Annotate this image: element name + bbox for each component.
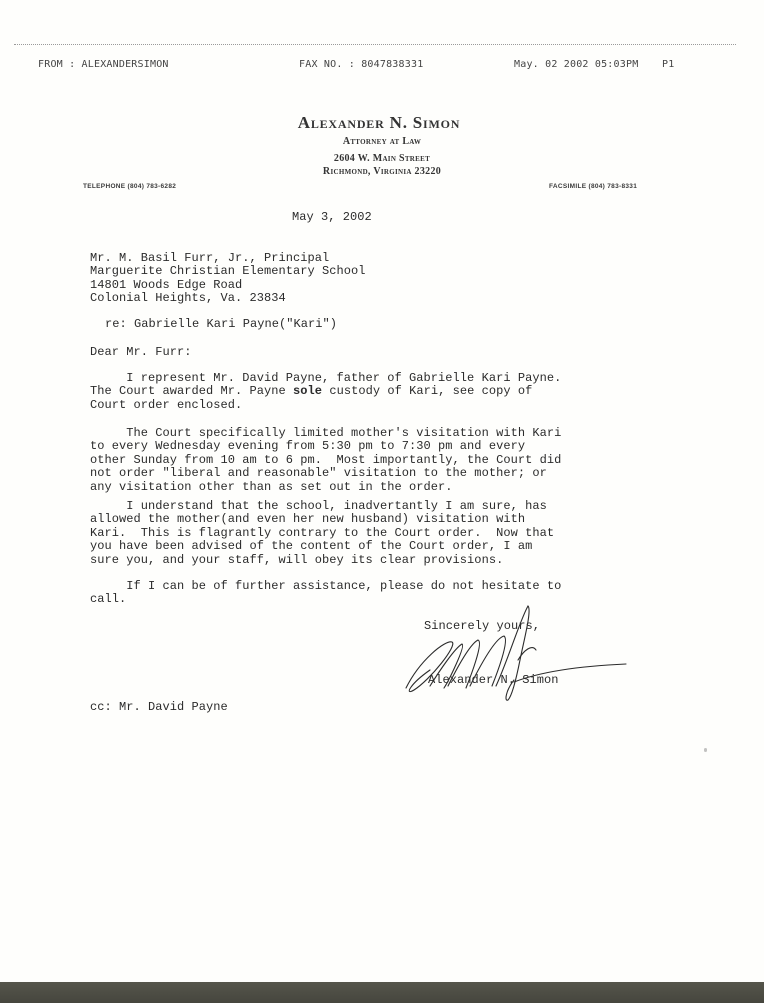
paragraph-line: other Sunday from 10 am to 6 pm. Most im… — [90, 453, 561, 467]
fax-top-rule — [14, 44, 736, 45]
paragraph-3: I understand that the school, inadvertan… — [90, 500, 670, 567]
recipient-line: Marguerite Christian Elementary School — [90, 265, 366, 278]
paragraph-line: Court order enclosed. — [90, 398, 242, 412]
paragraph-line: any visitation other than as set out in … — [90, 480, 453, 494]
paragraph-line: to every Wednesday evening from 5:30 pm … — [90, 439, 525, 453]
salutation: Dear Mr. Furr: — [90, 346, 192, 359]
paragraph-line: sure you, and your staff, will obey its … — [90, 553, 503, 567]
paragraph-line: I understand that the school, inadvertan… — [90, 499, 547, 513]
letterhead-title: Attorney at Law — [0, 136, 764, 147]
paragraph-line: I represent Mr. David Payne, father of G… — [90, 371, 561, 385]
letterhead-name: Alexander N. Simon — [0, 113, 764, 133]
recipient-line: Colonial Heights, Va. 23834 — [90, 292, 286, 305]
paragraph-line: If I can be of further assistance, pleas… — [90, 579, 561, 593]
paragraph-line: allowed the mother(and even her new husb… — [90, 512, 525, 526]
paragraph-1: I represent Mr. David Payne, father of G… — [90, 372, 670, 412]
letterhead-telephone: TELEPHONE (804) 783-6282 — [83, 183, 176, 190]
paragraph-line: The Court specifically limited mother's … — [90, 426, 561, 440]
scan-speck — [704, 748, 707, 752]
paragraph-line: call. — [90, 592, 126, 606]
letterhead-city: Richmond, Virginia 23220 — [0, 166, 764, 177]
fax-number: FAX NO. : 8047838331 — [299, 59, 423, 70]
signature-icon — [400, 600, 640, 705]
scan-bottom-edge — [0, 982, 764, 1003]
paragraph-line: Kari. This is flagrantly contrary to the… — [90, 526, 554, 540]
cc-line: cc: Mr. David Payne — [90, 701, 228, 714]
signer-name: Alexander N. Simon — [428, 674, 559, 687]
letterhead-street: 2604 W. Main Street — [0, 153, 764, 164]
paragraph-2: The Court specifically limited mother's … — [90, 427, 670, 494]
fax-page: P1 — [662, 59, 674, 70]
paragraph-line: The Court awarded Mr. Payne — [90, 384, 293, 398]
fax-timestamp: May. 02 2002 05:03PM — [514, 59, 638, 70]
paragraph-line: custody of Kari, see copy of — [322, 384, 532, 398]
letter-date: May 3, 2002 — [292, 211, 372, 224]
fax-from: FROM : ALEXANDERSIMON — [38, 59, 169, 70]
paragraph-line: you have been advised of the content of … — [90, 539, 532, 553]
paragraph-line: not order "liberal and reasonable" visit… — [90, 466, 547, 480]
emphasis-sole: sole — [293, 384, 322, 398]
letterhead-facsimile: FACSIMILE (804) 783-8331 — [549, 183, 637, 190]
re-line: re: Gabrielle Kari Payne("Kari") — [105, 318, 337, 331]
